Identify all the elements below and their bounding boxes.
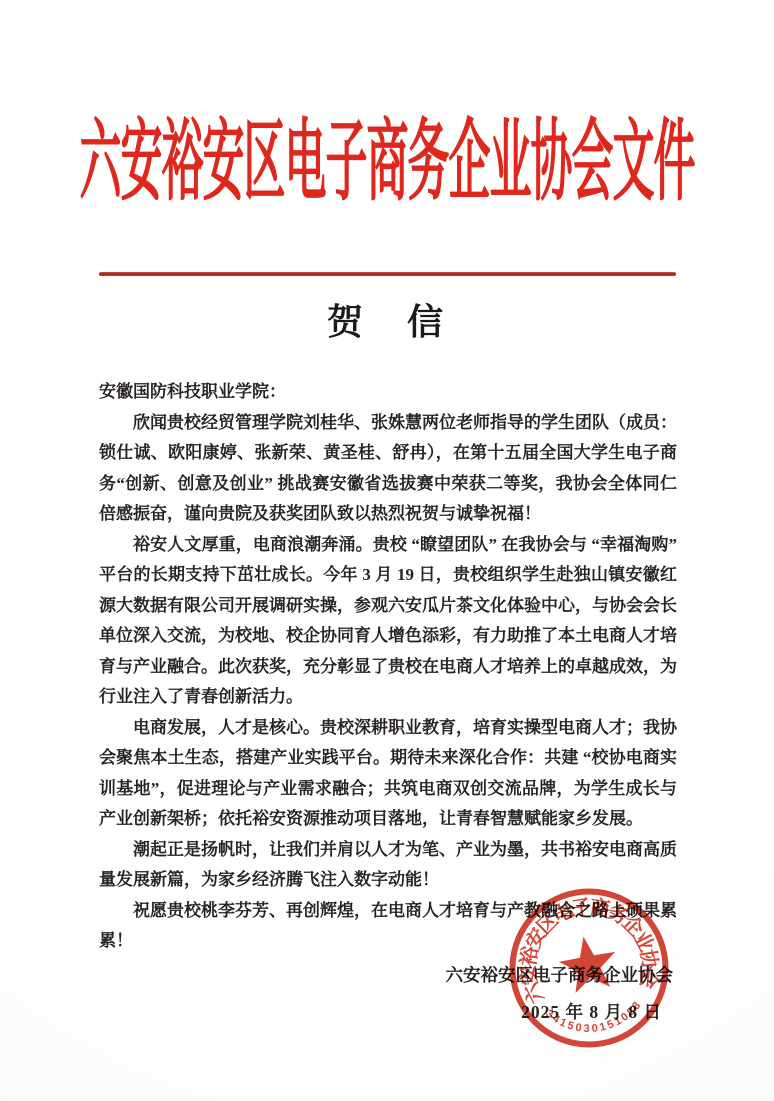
seal-star — [555, 932, 621, 995]
salutation: 安徽国防科技职业学院： — [99, 377, 677, 408]
letterhead-title: 六安裕安区电子商务企业协会文件 — [0, 118, 774, 211]
body-paragraph-2: 裕安人文厚重，电商浪潮奔涌。贵校 “瞭望团队” 在我协会与 “幸福淘购” 平台的… — [99, 530, 677, 713]
body-paragraph-1: 欣闻贵校经贸管理学院刘桂华、张姝慧两位老师指导的学生团队（成员：锁仕诚、欧阳康婷… — [99, 408, 677, 530]
red-divider-line — [99, 272, 676, 276]
letter-title: 贺 信 — [0, 299, 774, 345]
body-paragraph-3: 电商发展，人才是核心。贵校深耕职业教育，培育实操型电商人才；我协会聚焦本土生态，… — [99, 713, 677, 835]
document-page: 六安裕安区电子商务企业协会文件 贺 信 安徽国防科技职业学院： 欣闻贵校经贸管理… — [0, 0, 774, 1101]
official-seal: 六安裕安区电子商务企业协会 3415030151088 — [467, 846, 711, 1090]
